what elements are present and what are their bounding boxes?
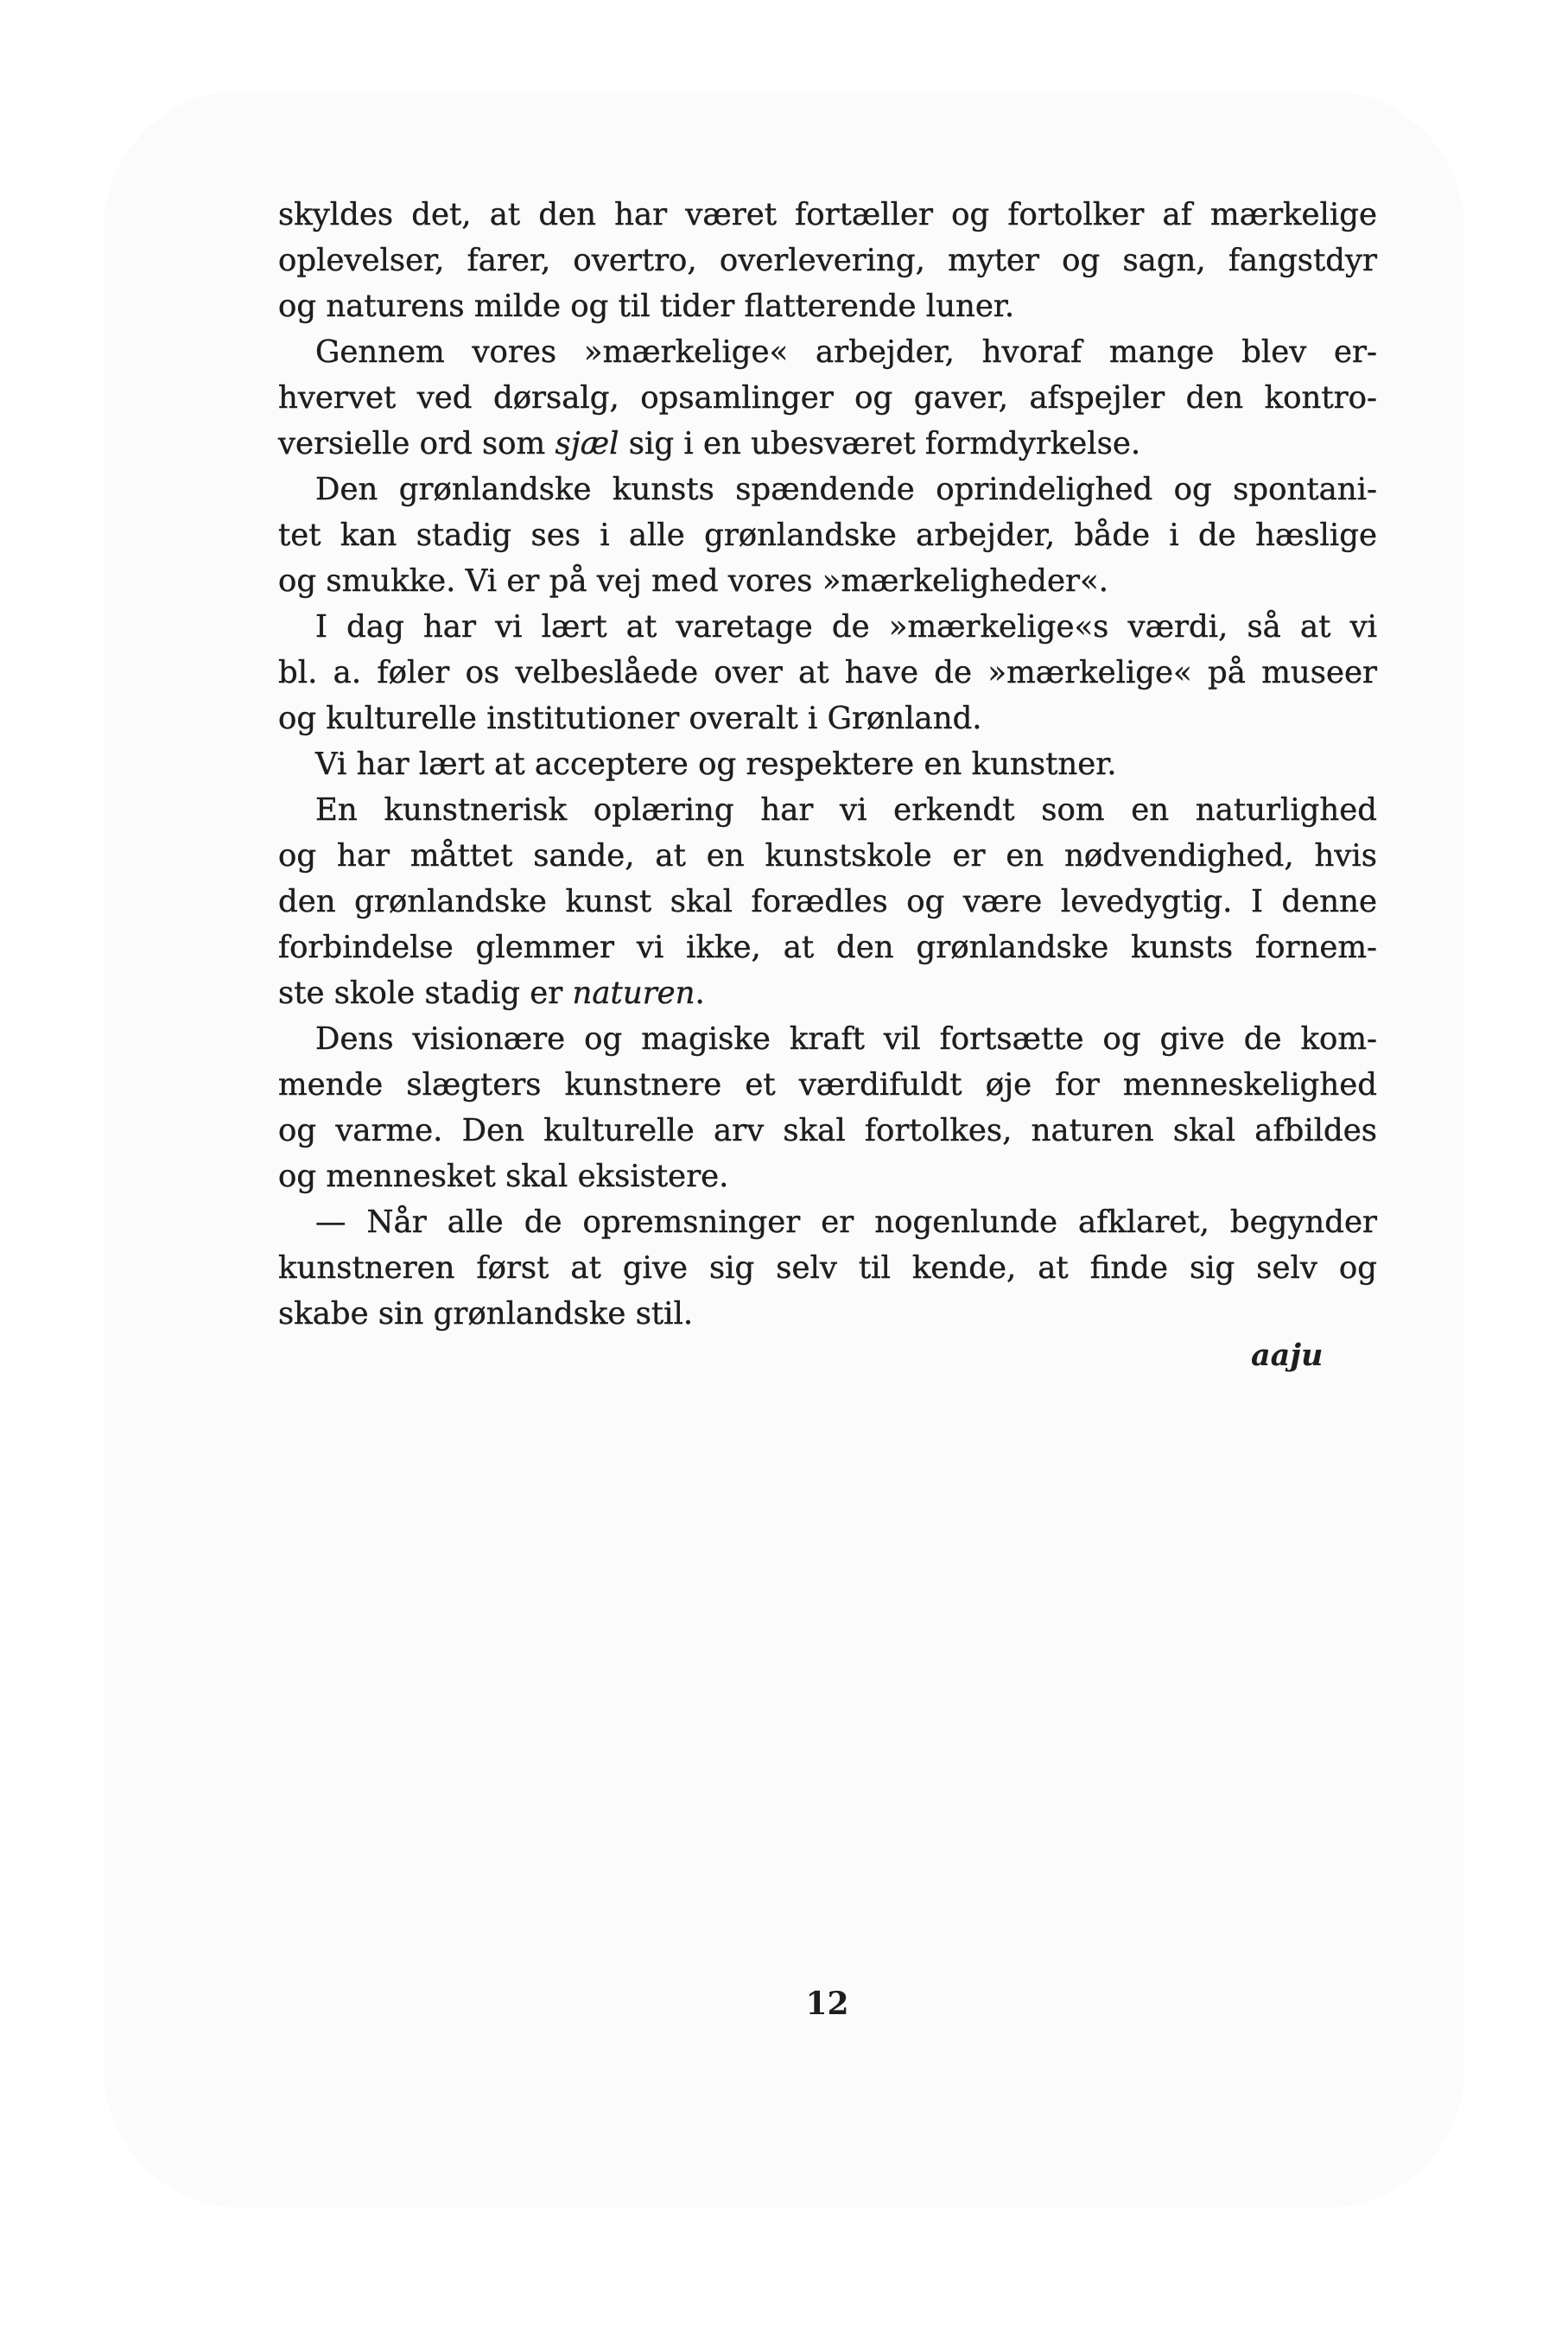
italic-word: sjæl xyxy=(555,426,619,461)
text-line: Dens visionære og magiske kraft vil fort… xyxy=(278,1016,1377,1062)
text-line: ste skole stadig er naturen. xyxy=(278,970,1377,1016)
page-number: 12 xyxy=(0,1986,1568,2022)
text-line: mende slægters kunstnere et værdifuldt ø… xyxy=(278,1062,1377,1108)
text-line: kunstneren først at give sig selv til ke… xyxy=(278,1245,1377,1291)
text-line: oplevelser, farer, overtro, overlevering… xyxy=(278,238,1377,283)
text-line: forbindelse glemmer vi ikke, at den grøn… xyxy=(278,925,1377,970)
text-line: bl. a. føler os velbeslåede over at have… xyxy=(278,650,1377,696)
text-line: En kunstnerisk oplæring har vi erkendt s… xyxy=(278,787,1377,833)
paragraph-2: Gennem vores »mærkelige« arbejder, hvora… xyxy=(278,329,1377,467)
paragraph-1: skyldes det, at den har været fortæller … xyxy=(278,192,1377,329)
paragraph-6: En kunstnerisk oplæring har vi erkendt s… xyxy=(278,787,1377,1016)
text-line: I dag har vi lært at varetage de »mærkel… xyxy=(278,604,1377,650)
text-line: og mennesket skal eksistere. xyxy=(278,1154,1377,1199)
paragraph-4: I dag har vi lært at varetage de »mærkel… xyxy=(278,604,1377,741)
text-line: Vi har lært at acceptere og respektere e… xyxy=(278,741,1377,787)
text-line: og kulturelle institutioner overalt i Gr… xyxy=(278,696,1377,741)
text-run: versielle ord som xyxy=(278,426,555,461)
text-line: tet kan stadig ses i alle grønlandske ar… xyxy=(278,512,1377,558)
text-line: versielle ord som sjæl sig i en ubesvære… xyxy=(278,421,1377,467)
text-line: — Når alle de opremsninger er nogenlunde… xyxy=(278,1199,1377,1245)
text-line: den grønlandske kunst skal forædles og v… xyxy=(278,879,1377,925)
text-line: Den grønlandske kunsts spændende oprinde… xyxy=(278,467,1377,512)
text-line: og varme. Den kulturelle arv skal fortol… xyxy=(278,1108,1377,1154)
body-text: skyldes det, at den har været fortæller … xyxy=(278,192,1377,1337)
text-run: ste skole stadig er xyxy=(278,976,573,1011)
text-run: sig i en ubesværet formdyrkelse. xyxy=(619,426,1140,461)
paragraph-3: Den grønlandske kunsts spændende oprinde… xyxy=(278,467,1377,604)
text-line: skabe sin grønlandske stil. xyxy=(278,1291,1377,1337)
text-line: og naturens milde og til tider flatteren… xyxy=(278,283,1377,329)
paragraph-7: Dens visionære og magiske kraft vil fort… xyxy=(278,1016,1377,1199)
text-line: Gennem vores »mærkelige« arbejder, hvora… xyxy=(278,329,1377,375)
italic-word: naturen xyxy=(573,976,695,1011)
text-line: skyldes det, at den har været fortæller … xyxy=(278,192,1377,238)
paragraph-5: Vi har lært at acceptere og respektere e… xyxy=(278,741,1377,787)
paragraph-8: — Når alle de opremsninger er nogenlunde… xyxy=(278,1199,1377,1337)
text-line: hvervet ved dørsalg, opsamlinger og gave… xyxy=(278,375,1377,421)
text-run: . xyxy=(695,976,705,1011)
text-line: og har måttet sande, at en kunstskole er… xyxy=(278,833,1377,879)
author-signature: aaju xyxy=(1251,1338,1323,1373)
text-line: og smukke. Vi er på vej med vores »mærke… xyxy=(278,558,1377,604)
